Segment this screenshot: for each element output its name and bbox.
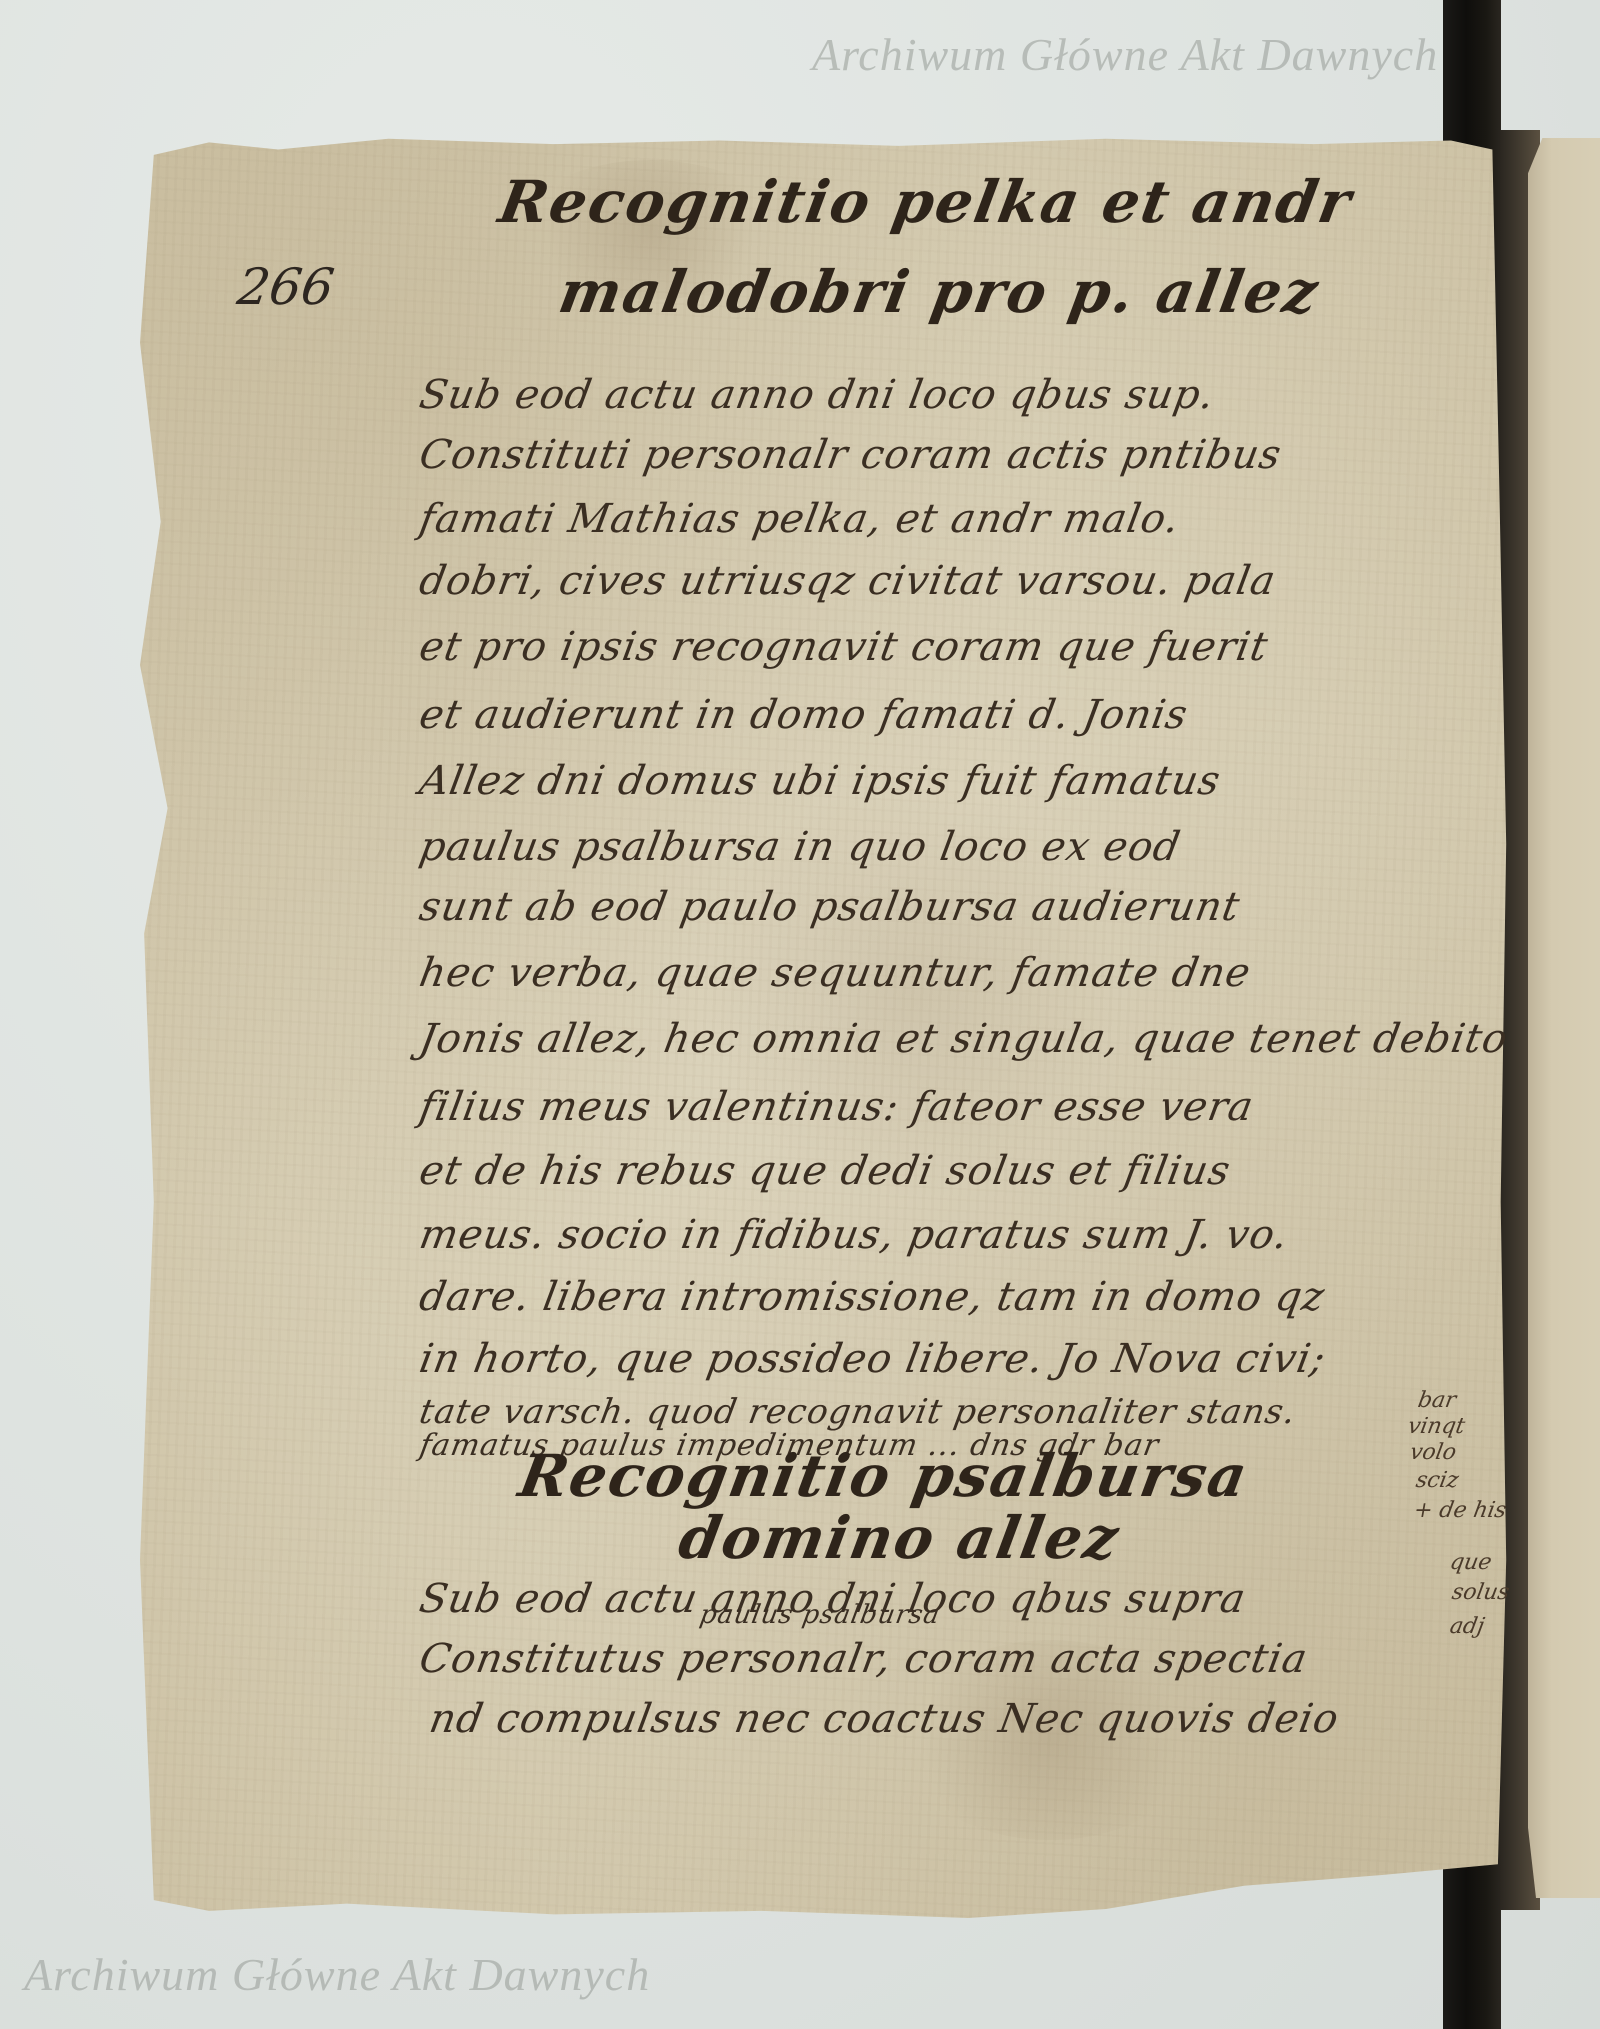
entry-1-line: Sub eod actu anno dni loco qbus sup. <box>416 372 1218 418</box>
entry-2-heading-line-2: domino allez <box>674 1504 1125 1572</box>
margin-note: adj <box>1447 1612 1486 1642</box>
margin-note: sciz <box>1413 1466 1461 1496</box>
entry-1-line: dare. libera intromissione, tam in domo … <box>416 1274 1329 1320</box>
margin-note: + de his <box>1411 1496 1508 1526</box>
entry-1-line: in horto, que possideo libere. Jo Nova c… <box>416 1336 1330 1382</box>
entry-2-line: nd compulsus nec coactus Nec quovis deio <box>426 1696 1343 1742</box>
entry-1-line: paulus psalbursa in quo loco ex eod <box>416 824 1184 870</box>
watermark-top: Archiwum Główne Akt Dawnych <box>812 28 1438 81</box>
entry-1-line: et de his rebus que dedi solus et filius <box>416 1148 1234 1194</box>
watermark-bottom: Archiwum Główne Akt Dawnych <box>24 1948 650 2001</box>
entry-2-interlinear: paulus psalbursa <box>697 1600 942 1630</box>
margin-note: solus <box>1449 1578 1511 1608</box>
entry-1-line: meus. socio in fidibus, paratus sum J. v… <box>416 1212 1292 1258</box>
entry-1-heading-line-2: malodobri pro p. allez <box>554 258 1325 326</box>
facing-page-edge <box>1528 138 1600 1898</box>
entry-1-line: tate varsch. quod recognavit personalite… <box>416 1392 1299 1432</box>
entry-1-line: filius meus valentinus: fateor esse vera <box>416 1084 1257 1130</box>
entry-1-line: et audierunt in domo famati d. Jonis <box>416 692 1192 738</box>
entry-1-line: sunt ab eod paulo psalbursa audierunt <box>416 884 1244 930</box>
entry-1-line: dobri, cives utriusqz civitat varsou. pa… <box>416 558 1280 604</box>
entry-1-line: Constituti personalr coram actis pntibus <box>416 432 1285 478</box>
margin-note: que <box>1447 1548 1494 1578</box>
entry-1-line: hec verba, quae sequuntur, famate dne <box>416 950 1255 996</box>
margin-note: volo <box>1407 1438 1458 1468</box>
entry-1-line: famati Mathias pelka, et andr malo. <box>416 496 1183 542</box>
entry-2-heading-line-1: Recognitio psalbursa <box>514 1442 1254 1510</box>
entry-1-line: et pro ipsis recognavit coram que fuerit <box>416 624 1272 670</box>
entry-1-line: Jonis allez, hec omnia et singula, quae … <box>416 1016 1512 1062</box>
entry-1-heading-line-1: Recognitio pelka et andr <box>494 168 1358 236</box>
folio-number: 266 <box>234 258 338 316</box>
entry-2-line: Constitutus personalr, coram acta specti… <box>416 1636 1311 1682</box>
entry-1-line: Allez dni domus ubi ipsis fuit famatus <box>416 758 1224 804</box>
